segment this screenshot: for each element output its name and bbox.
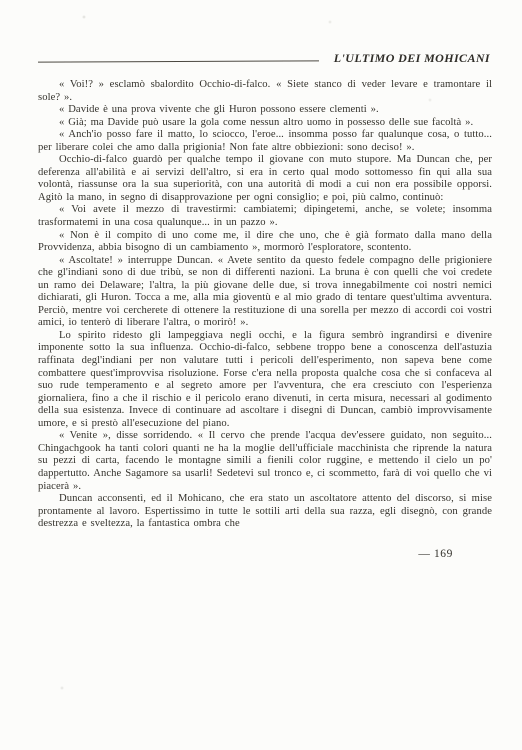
body-text: « Voi!? » esclamò sbalordito Occhio-di-f… bbox=[38, 79, 492, 531]
header-rule bbox=[38, 60, 319, 62]
paragraph: « Anch'io posso fare il matto, lo sciocc… bbox=[38, 129, 492, 154]
paragraph: « Già; ma Davide può usare la gola come … bbox=[38, 117, 492, 130]
page-title: L'ULTIMO DEI MOHICANI bbox=[334, 51, 490, 66]
paragraph: « Venite », disse sorridendo. « Il cervo… bbox=[38, 430, 492, 493]
paragraph: « Voi avete il mezzo di travestirmi: cam… bbox=[38, 204, 492, 229]
paragraph: Occhio-di-falco guardò per qualche tempo… bbox=[38, 154, 492, 204]
paragraph: Lo spirito ridesto gli lampeggiava negli… bbox=[38, 330, 492, 430]
page-number: — 169 bbox=[418, 548, 453, 560]
paragraph: « Non è il compito di uno come me, il di… bbox=[38, 230, 492, 255]
book-page: L'ULTIMO DEI MOHICANI « Voi!? » esclamò … bbox=[0, 0, 522, 750]
paragraph: Duncan acconsentì, ed il Mohicano, che e… bbox=[38, 493, 492, 531]
paragraph: « Ascoltate! » interruppe Duncan. « Avet… bbox=[38, 255, 492, 330]
page-footer: — 169 bbox=[0, 548, 522, 560]
running-header: L'ULTIMO DEI MOHICANI bbox=[0, 0, 522, 66]
paragraph: « Voi!? » esclamò sbalordito Occhio-di-f… bbox=[38, 79, 492, 104]
paragraph: « Davide è una prova vivente che gli Hur… bbox=[38, 104, 492, 117]
